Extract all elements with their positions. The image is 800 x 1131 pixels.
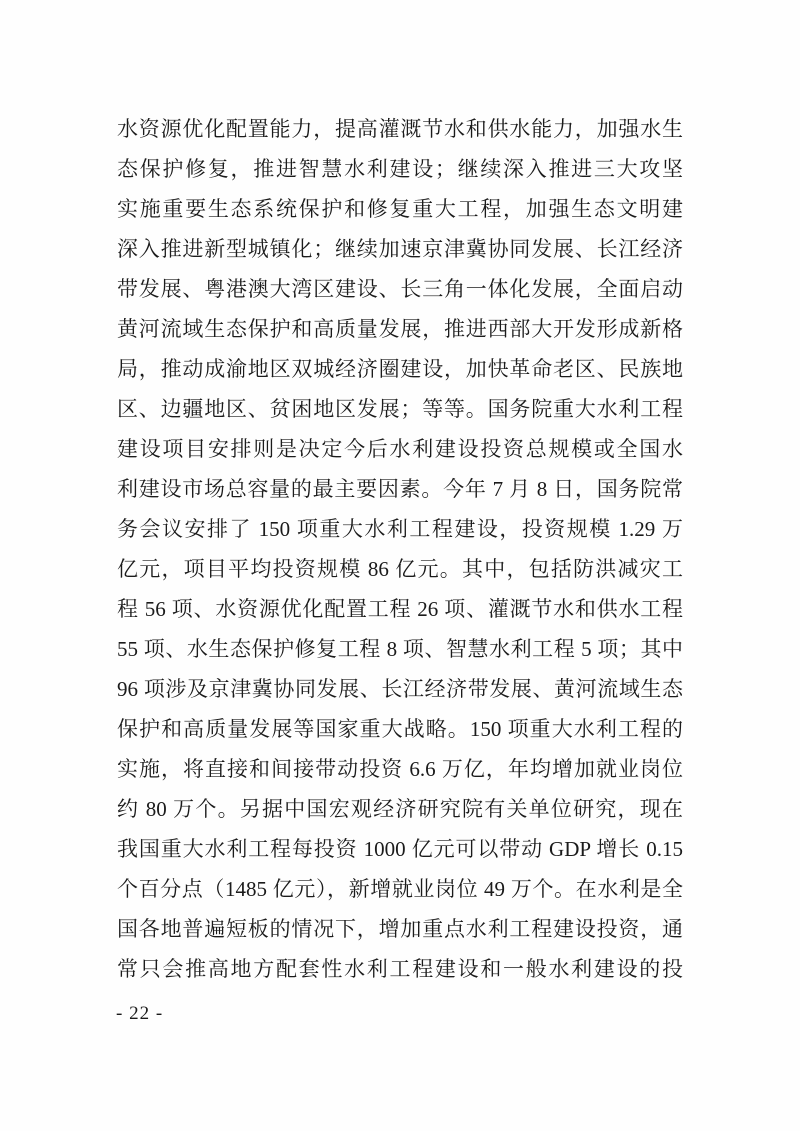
document-body: 水资源优化配置能力，提高灌溉节水和供水能力，加强水生 态保护修复，推进智慧水利建… [117,109,683,989]
text-line: 国各地普遍短板的情况下，增加重点水利工程建设投资，通 [117,909,683,949]
page-number: - 22 - [116,1001,163,1027]
text-line: 实施重要生态系统保护和修复重大工程，加强生态文明建设； [117,189,683,229]
text-line: 实施，将直接和间接带动投资 6.6 万亿，年均增加就业岗位 [117,749,683,789]
text-line: 约 80 万个。另据中国宏观经济研究院有关单位研究，现在 [117,789,683,829]
text-line: 带发展、粤港澳大湾区建设、长三角一体化发展，全面启动 [117,269,683,309]
text-line: 态保护修复，推进智慧水利建设；继续深入推进三大攻坚战， [117,149,683,189]
text-line: 黄河流域生态保护和高质量发展，推进西部大开发形成新格 [117,309,683,349]
text-line: 保护和高质量发展等国家重大战略。150 项重大水利工程的 [117,709,683,749]
text-line: 务会议安排了 150 项重大水利工程建设，投资规模 1.29 万 [117,509,683,549]
text-line: 常只会推高地方配套性水利工程建设和一般水利建设的投 [117,949,683,989]
text-line: 55 项、水生态保护修复工程 8 项、智慧水利工程 5 项；其中 [117,629,683,669]
text-line: 建设项目安排则是决定今后水利建设投资总规模或全国水 [117,429,683,469]
text-line: 亿元，项目平均投资规模 86 亿元。其中，包括防洪减灾工 [117,549,683,589]
text-line: 96 项涉及京津冀协同发展、长江经济带发展、黄河流域生态 [117,669,683,709]
text-line: 个百分点（1485 亿元），新增就业岗位 49 万个。在水利是全 [117,869,683,909]
text-line: 我国重大水利工程每投资 1000 亿元可以带动 GDP 增长 0.15 [117,829,683,869]
text-line: 程 56 项、水资源优化配置工程 26 项、灌溉节水和供水工程 [117,589,683,629]
text-line: 深入推进新型城镇化；继续加速京津冀协同发展、长江经济 [117,229,683,269]
text-line: 利建设市场总容量的最主要因素。今年 7 月 8 日，国务院常 [117,469,683,509]
text-line: 局，推动成渝地区双城经济圈建设，加快革命老区、民族地 [117,349,683,389]
text-line: 区、边疆地区、贫困地区发展；等等。国务院重大水利工程 [117,389,683,429]
text-line: 水资源优化配置能力，提高灌溉节水和供水能力，加强水生 [117,109,683,149]
document-page: 水资源优化配置能力，提高灌溉节水和供水能力，加强水生 态保护修复，推进智慧水利建… [0,0,800,1131]
